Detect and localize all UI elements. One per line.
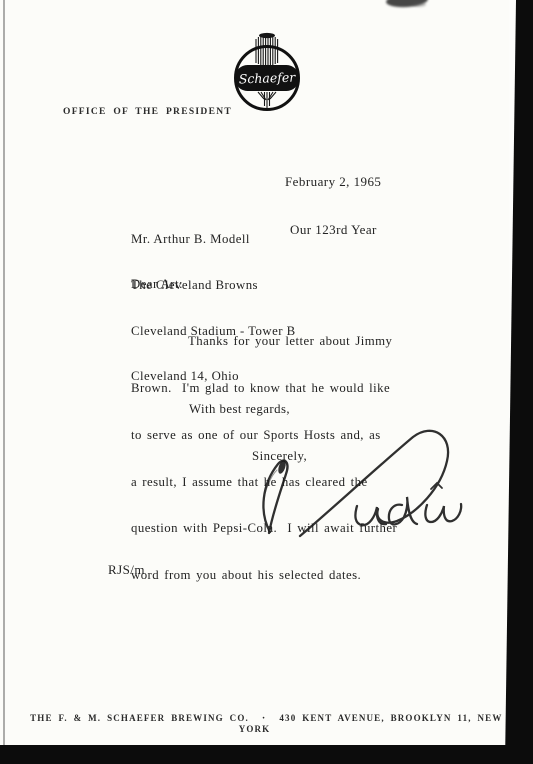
typist-reference: RJS/m xyxy=(108,562,145,578)
scan-smudge-mark-faint xyxy=(412,2,426,7)
recipient-name: Mr. Arthur B. Modell xyxy=(131,232,296,247)
office-of-president-line: OFFICE OF THE PRESIDENT xyxy=(63,107,232,117)
date-line: February 2, 1965 xyxy=(285,174,381,190)
date-block: February 2, 1965 Our 123rd Year xyxy=(285,142,381,270)
footer-address: 430 KENT AVENUE, BROOKLYN 11, NEW YORK xyxy=(239,713,508,734)
body-line: Thanks for your letter about Jimmy xyxy=(131,334,433,350)
anniversary-line: Our 123rd Year xyxy=(290,222,381,238)
scan-black-edge-right xyxy=(505,0,533,764)
scan-left-edge-line xyxy=(3,0,5,746)
schaefer-logo-icon: Schaefer xyxy=(222,31,312,115)
signature-script xyxy=(245,414,467,542)
salutation: Dear Art: xyxy=(131,277,183,292)
footer-dot-separator: · xyxy=(262,713,267,724)
scanned-letter-page: Schaefer OFFICE OF THE PRESIDENT Februar… xyxy=(0,0,533,764)
svg-text:Schaefer: Schaefer xyxy=(239,69,297,86)
footer-company-address: THE F. & M. SCHAEFER BREWING CO.·430 KEN… xyxy=(0,703,509,744)
body-line: Brown. I'm glad to know that he would li… xyxy=(131,381,433,397)
scan-black-edge-bottom xyxy=(0,745,533,764)
footer-company: THE F. & M. SCHAEFER BREWING CO. xyxy=(30,713,249,723)
body-line: word from you about his selected dates. xyxy=(131,568,433,584)
